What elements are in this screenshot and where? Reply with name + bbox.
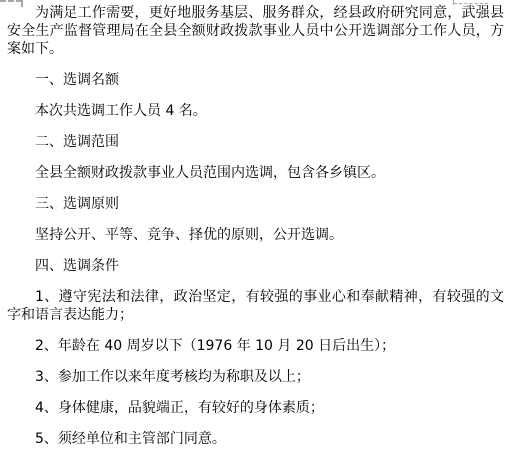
condition-item-2: 2、年龄在 40 周岁以下（1976 年 10 月 20 日后出生）； — [7, 337, 504, 355]
condition-item-3: 3、参加工作以来年度考核均为称职及以上； — [7, 368, 504, 386]
section-3-body: 坚持公开、平等、竞争、择优的原则，公开选调。 — [7, 226, 504, 244]
section-1-heading: 一、选调名额 — [7, 71, 504, 89]
section-4-heading: 四、选调条件 — [7, 257, 504, 275]
document-page: 为满足工作需要，更好地服务基层、服务群众，经县政府研究同意，武强县安全生产监督管… — [0, 0, 528, 454]
section-2-heading: 二、选调范围 — [7, 133, 504, 151]
section-2-body: 全县全额财政拨款事业人员范围内选调，包含各乡镇区。 — [7, 164, 504, 182]
condition-item-4: 4、身体健康，品貌端正，有较好的身体素质； — [7, 399, 504, 417]
intro-paragraph: 为满足工作需要，更好地服务基层、服务群众，经县政府研究同意，武强县安全生产监督管… — [7, 4, 504, 58]
condition-item-5: 5、须经单位和主管部门同意。 — [7, 430, 504, 448]
section-1-body: 本次共选调工作人员 4 名。 — [7, 102, 504, 120]
condition-item-1: 1、遵守宪法和法律，政治坚定，有较强的事业心和奉献精神，有较强的文字和语言表达能… — [7, 288, 504, 324]
section-3-heading: 三、选调原则 — [7, 195, 504, 213]
